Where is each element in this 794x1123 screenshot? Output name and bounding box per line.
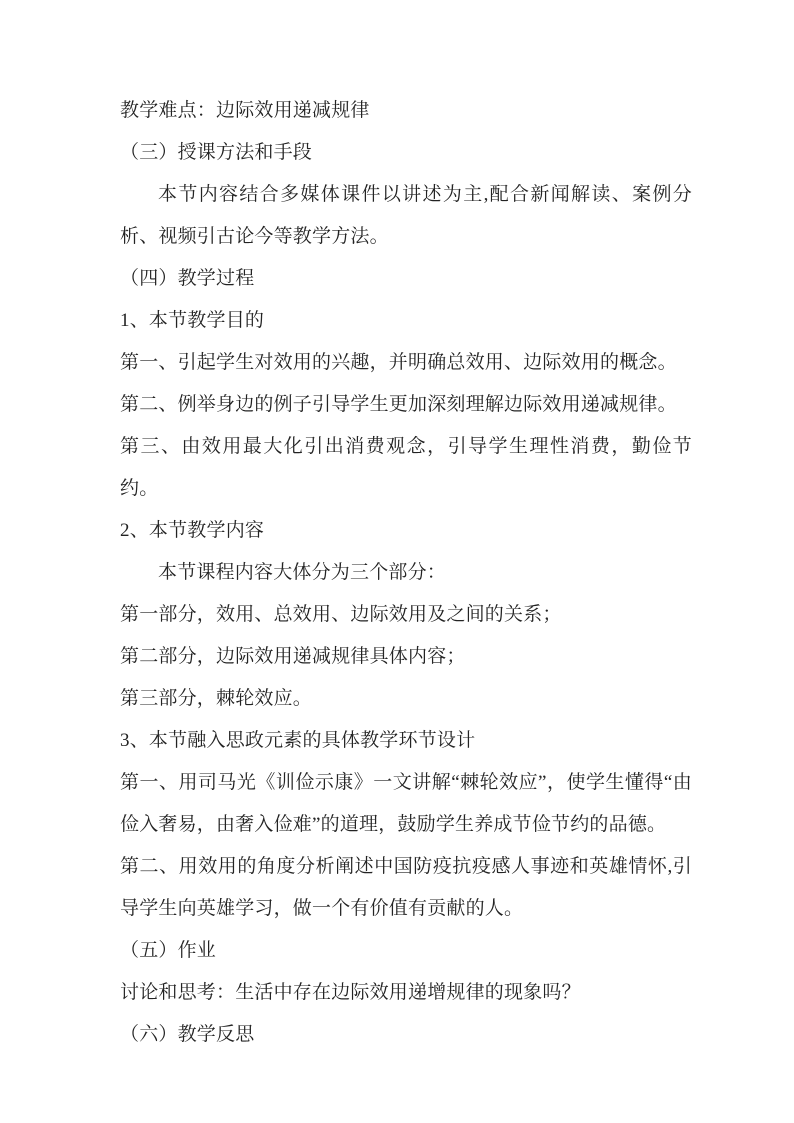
homework-question: 讨论和思考：生活中存在边际效用递增规律的现象吗？ [120, 972, 692, 1014]
teaching-difficulty-line: 教学难点：边际效用递减规律 [120, 90, 692, 132]
content-part-1: 第一部分，效用、总效用、边际效用及之间的关系； [120, 594, 692, 636]
purpose-point-1: 第一、引起学生对效用的兴趣，并明确总效用、边际效用的概念。 [120, 342, 692, 384]
content-part-2: 第二部分，边际效用递减规律具体内容； [120, 636, 692, 678]
design-point-2: 第二、用效用的角度分析阐述中国防疫抗疫感人事迹和英雄情怀,引导学生向英雄学习，做… [120, 846, 692, 930]
section-4-heading: （四）教学过程 [120, 258, 692, 300]
teaching-methods-paragraph: 本节内容结合多媒体课件以讲述为主,配合新闻解读、案例分析、视频引古论今等教学方法… [120, 174, 692, 258]
document-page: 教学难点：边际效用递减规律 （三）授课方法和手段 本节内容结合多媒体课件以讲述为… [0, 0, 794, 1123]
section-3-heading: （三）授课方法和手段 [120, 132, 692, 174]
content-part-3: 第三部分，棘轮效应。 [120, 678, 692, 720]
section-5-heading: （五）作业 [120, 930, 692, 972]
design-point-1: 第一、用司马光《训俭示康》一文讲解“棘轮效应”，使学生懂得“由俭入奢易，由奢入俭… [120, 762, 692, 846]
section-6-heading: （六）教学反思 [120, 1014, 692, 1056]
item-1-teaching-purpose: 1、本节教学目的 [120, 300, 692, 342]
purpose-point-2: 第二、例举身边的例子引导学生更加深刻理解边际效用递减规律。 [120, 384, 692, 426]
content-overview-line: 本节课程内容大体分为三个部分： [120, 552, 692, 594]
purpose-point-3: 第三、由效用最大化引出消费观念，引导学生理性消费，勤俭节约。 [120, 426, 692, 510]
item-2-teaching-content: 2、本节教学内容 [120, 510, 692, 552]
item-3-ideological-design: 3、本节融入思政元素的具体教学环节设计 [120, 720, 692, 762]
document-body: 教学难点：边际效用递减规律 （三）授课方法和手段 本节内容结合多媒体课件以讲述为… [120, 90, 692, 1056]
